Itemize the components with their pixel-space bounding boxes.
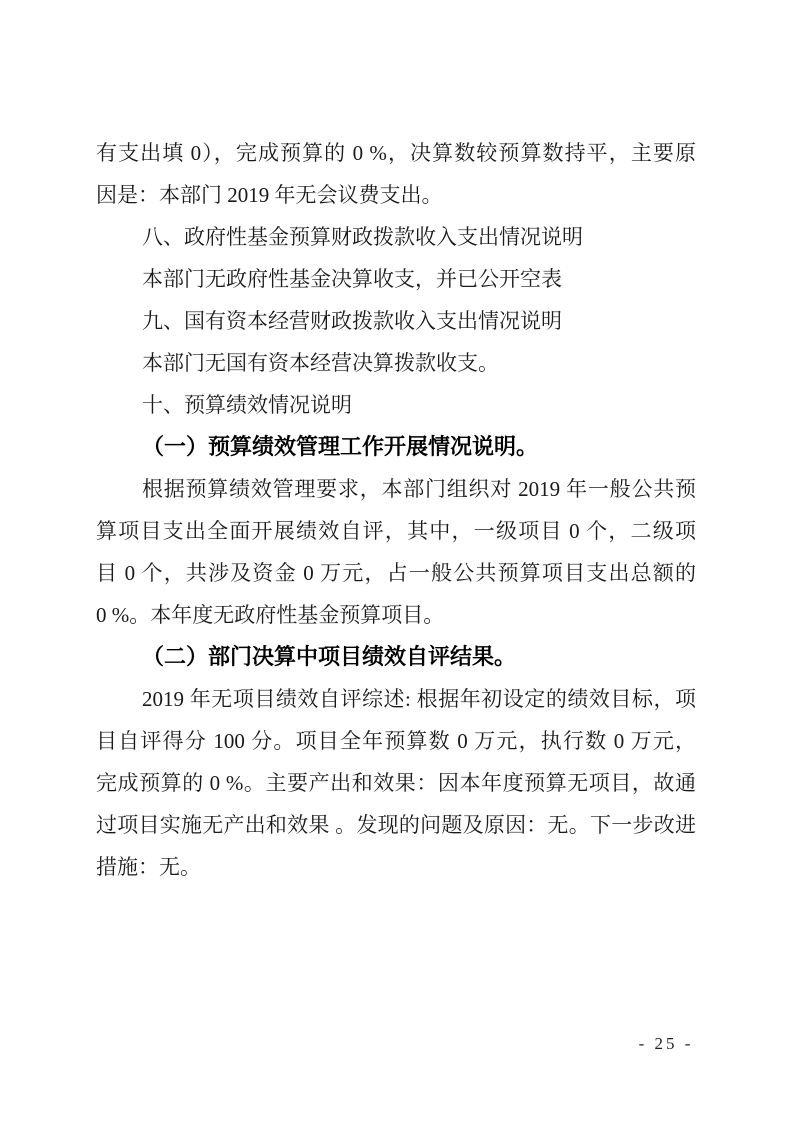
body-line: 0 %。本年度无政府性基金预算项目。: [96, 594, 696, 636]
subsection-heading-one: （一）预算绩效管理工作开展情况说明。: [96, 426, 696, 468]
page-number: - 25 -: [620, 1032, 712, 1056]
body-line: 算项目支出全面开展绩效自评，其中，一级项目 0 个，二级项: [96, 510, 696, 552]
subsection-heading-two: （二）部门决算中项目绩效自评结果。: [96, 636, 696, 678]
body-line: 措施：无。: [96, 846, 696, 888]
body-line: 因是：本部门 2019 年无会议费支出。: [96, 174, 696, 216]
body-line: 有支出填 0），完成预算的 0 %，决算数较预算数持平，主要原: [96, 132, 696, 174]
body-line: 本部门无国有资本经营决算拨款收支。: [96, 342, 696, 384]
section-title-8: 八、政府性基金预算财政拨款收入支出情况说明: [96, 216, 696, 258]
body-line: 根据预算绩效管理要求，本部门组织对 2019 年一般公共预: [96, 468, 696, 510]
section-title-10: 十、预算绩效情况说明: [96, 384, 696, 426]
document-page: 有支出填 0），完成预算的 0 %，决算数较预算数持平，主要原 因是：本部门 2…: [0, 0, 793, 1122]
body-line: 2019 年无项目绩效自评综述: 根据年初设定的绩效目标，项: [96, 678, 696, 720]
body-line: 完成预算的 0 %。主要产出和效果：因本年度预算无项目，故通: [96, 762, 696, 804]
body-line: 目自评得分 100 分。项目全年预算数 0 万元，执行数 0 万元，: [96, 720, 696, 762]
section-title-9: 九、国有资本经营财政拨款收入支出情况说明: [96, 300, 696, 342]
document-body: 有支出填 0），完成预算的 0 %，决算数较预算数持平，主要原 因是：本部门 2…: [96, 132, 696, 888]
body-line: 目 0 个，共涉及资金 0 万元，占一般公共预算项目支出总额的: [96, 552, 696, 594]
body-line: 本部门无政府性基金决算收支，并已公开空表: [96, 258, 696, 300]
body-line: 过项目实施无产出和效果 。发现的问题及原因：无。下一步改进: [96, 804, 696, 846]
